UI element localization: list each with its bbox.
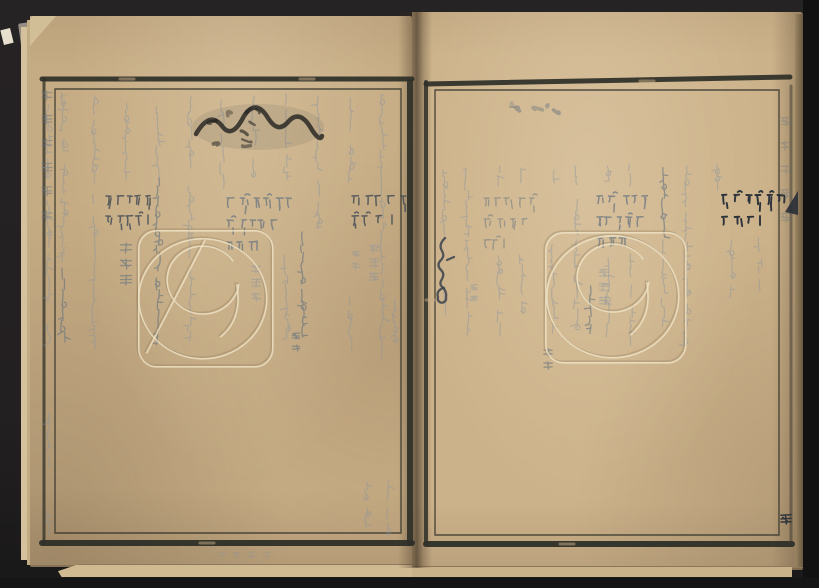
stacked-page-edge-bottom bbox=[412, 566, 792, 577]
right-page-fore-edge bbox=[795, 14, 803, 567]
scan-background-bottom bbox=[0, 578, 819, 588]
book-gutter bbox=[398, 12, 432, 568]
scanned-book-spread bbox=[0, 0, 819, 588]
stacked-page-edge-bottom bbox=[58, 564, 412, 577]
left-page bbox=[30, 16, 412, 567]
left-page-dog-ear bbox=[30, 16, 56, 46]
paper-sliver bbox=[0, 28, 13, 45]
scan-background-right bbox=[803, 0, 819, 588]
right-page bbox=[412, 12, 803, 570]
